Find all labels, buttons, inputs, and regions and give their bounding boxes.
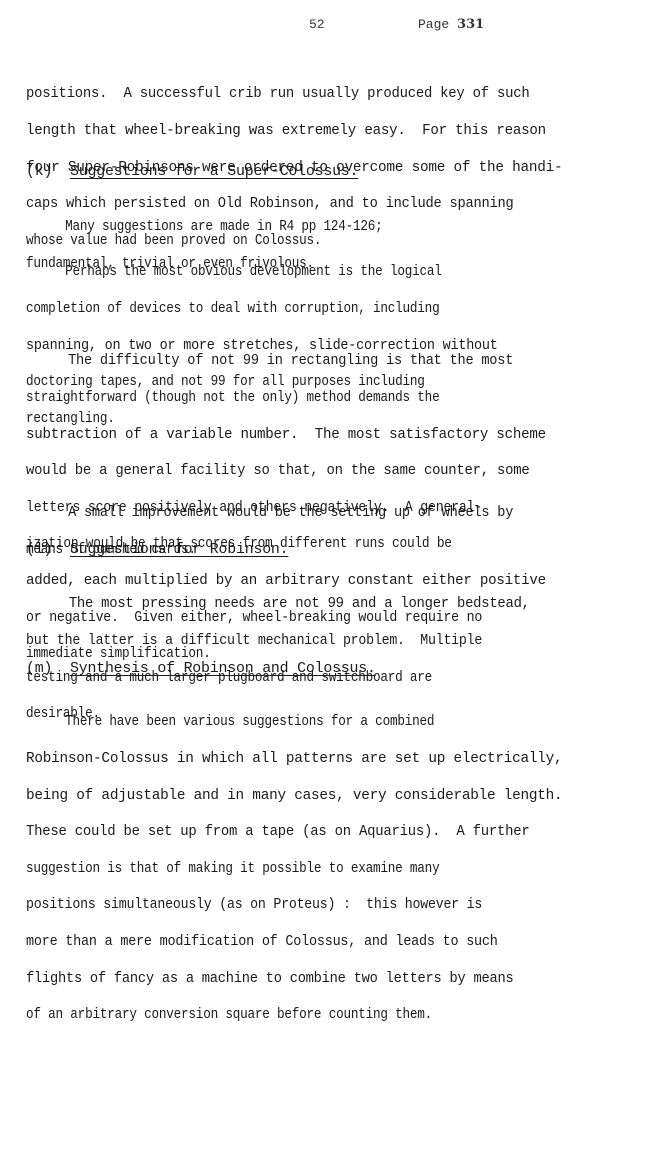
text-line: suggestion is that of making it possible… — [26, 863, 536, 875]
page-label-text: Page — [418, 17, 449, 32]
section-title: Synthesis of Robinson and Colossus. — [70, 661, 376, 677]
text-line: completion of devices to deal with corru… — [26, 303, 536, 315]
section-label: (l) — [26, 543, 70, 557]
page-label: Page 331 — [418, 17, 484, 32]
text-line: straightforward (though not the only) me… — [26, 392, 536, 404]
text-line: flights of fancy as a machine to combine… — [26, 973, 578, 985]
text-line: length that wheel-breaking was extremely… — [26, 125, 596, 137]
text-line: subtraction of a variable number. The mo… — [26, 429, 596, 441]
page-number: 52 — [309, 17, 325, 32]
paragraph: A small improvement would be the setting… — [26, 483, 626, 581]
section-heading-m: (m)Synthesis of Robinson and Colossus. — [26, 662, 376, 676]
document-page: 52 Page 331 positions. A successful crib… — [0, 0, 650, 1151]
section-label: (k) — [26, 165, 70, 179]
text-line: These could be set up from a tape (as on… — [26, 826, 587, 838]
text-line: positions. A successful crib run usually… — [26, 88, 587, 100]
section-label: (m) — [26, 662, 70, 676]
section-heading-l: (l)Suggestions for Robinson. — [26, 543, 288, 557]
text-line: would be a general facility so that, on … — [26, 465, 587, 477]
text-line: more than a mere modification of Colossu… — [26, 936, 569, 948]
text-line: Robinson-Colossus in which all patterns … — [26, 753, 605, 765]
section-heading-k: (k)Suggestions for a Super-Colossus. — [26, 165, 358, 179]
text-line: A small improvement would be the setting… — [26, 507, 575, 519]
text-line: The most pressing needs are not 99 and a… — [26, 598, 585, 610]
text-line: but the latter is a difficult mechanical… — [26, 635, 560, 647]
text-line: positions simultaneously (as on Proteus)… — [26, 899, 560, 911]
section-title: Suggestions for Robinson. — [70, 542, 288, 558]
text-line: being of adjustable and in many cases, v… — [26, 790, 605, 802]
text-line: Many suggestions are made in R4 pp 124-1… — [26, 221, 536, 233]
text-line: Perhaps the most obvious development is … — [26, 266, 536, 278]
handwritten-page-number: 331 — [457, 17, 484, 32]
text-line: of an arbitrary conversion square before… — [26, 1009, 536, 1021]
paragraph: There have been various suggestions for … — [26, 692, 626, 1046]
text-line: There have been various suggestions for … — [26, 716, 536, 728]
text-line: The difficulty of not 99 in rectangling … — [26, 355, 575, 367]
section-title: Suggestions for a Super-Colossus. — [70, 164, 358, 180]
